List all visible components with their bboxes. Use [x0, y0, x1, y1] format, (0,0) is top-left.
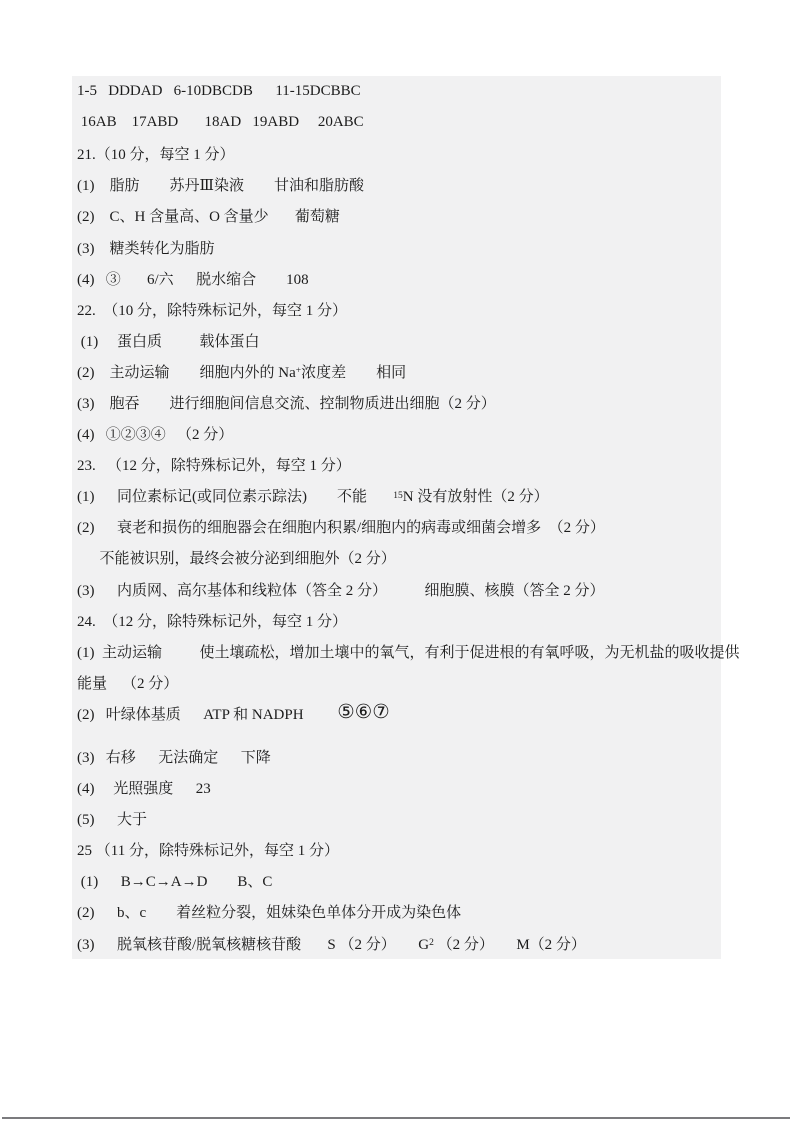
- text-segment: (3) 右移 无法确定 下降: [77, 746, 271, 767]
- answer-line: 1-5 DDDAD 6-10DBCDB 11-15DCBBC: [77, 76, 721, 107]
- text-segment: 25 （11 分，除特殊标记外，每空 1 分）: [77, 839, 339, 860]
- text-segment: 不能被识别，最终会被分泌到细胞外（2 分）: [77, 547, 396, 568]
- text-segment: (1) B→C→A→D B、C: [77, 870, 272, 891]
- text-segment: (2) b、c 着丝粒分裂，姐妹染色单体分开成为染色体: [77, 901, 461, 922]
- answer-line: (3) 右移 无法确定 下降: [77, 741, 721, 772]
- text-segment: 24. （12 分，除特殊标记外，每空 1 分）: [77, 610, 347, 631]
- text-segment: (1) 蛋白质 载体蛋白: [77, 330, 260, 351]
- answer-line: (1) 蛋白质 载体蛋白: [77, 325, 721, 356]
- answer-sheet: 1-5 DDDAD 6-10DBCDB 11-15DCBBC 16AB 17AB…: [72, 76, 721, 959]
- text-segment: 21.（10 分，每空 1 分）: [77, 143, 235, 164]
- text-segment: N 没有放射性（2 分）: [403, 485, 549, 506]
- answer-line: (4) 光照强度 23: [77, 772, 721, 803]
- answer-line: (1) B→C→A→D B、C: [77, 865, 721, 896]
- answer-line: 22. （10 分，除特殊标记外，每空 1 分）: [77, 294, 721, 325]
- text-segment: (3) 胞吞 进行细胞间信息交流、控制物质进出细胞（2 分）: [77, 392, 496, 413]
- answer-line: (2) 衰老和损伤的细胞器会在细胞内积累/细胞内的病毒或细菌会增多 （2 分）: [77, 511, 721, 542]
- text-segment: (1) 同位素标记(或同位素示踪法) 不能: [77, 485, 393, 506]
- answer-line: (1) 脂肪 苏丹Ⅲ染液 甘油和脂肪酸: [77, 169, 721, 200]
- answer-line: (1) 同位素标记(或同位素示踪法) 不能 15N 没有放射性（2 分）: [77, 480, 721, 511]
- answer-line: 不能被识别，最终会被分泌到细胞外（2 分）: [77, 542, 721, 573]
- answer-line: (4) ①②③④ （2 分）: [77, 418, 721, 449]
- text-segment: (1) 主动运输 使土壤疏松，增加土壤中的氧气，有利于促进根的有氧呼吸，为无机盐…: [77, 641, 740, 662]
- answer-line: 16AB 17ABD 18AD 19ABD 20ABC: [77, 107, 721, 138]
- text-segment: (2) C、H 含量高、O 含量少 葡萄糖: [77, 205, 340, 226]
- answer-line: (3) 内质网、高尔基体和线粒体（答全 2 分） 细胞膜、核膜（答全 2 分）: [77, 574, 721, 605]
- answer-line: 24. （12 分，除特殊标记外，每空 1 分）: [77, 605, 721, 636]
- text-segment: (1) 脂肪 苏丹Ⅲ染液 甘油和脂肪酸: [77, 174, 364, 195]
- answer-line: (2) C、H 含量高、O 含量少 葡萄糖: [77, 200, 721, 231]
- text-segment: (3) 糖类转化为脂肪: [77, 237, 215, 258]
- answer-line: 23. （12 分，除特殊标记外，每空 1 分）: [77, 449, 721, 480]
- answer-line: 25 （11 分，除特殊标记外，每空 1 分）: [77, 834, 721, 865]
- page-bottom-rule: [2, 1117, 790, 1119]
- answer-line: (3) 胞吞 进行细胞间信息交流、控制物质进出细胞（2 分）: [77, 387, 721, 418]
- text-segment: 22. （10 分，除特殊标记外，每空 1 分）: [77, 299, 347, 320]
- answer-line: (5) 大于: [77, 803, 721, 834]
- answer-line: (4) ③ 6/六 脱水缩合 108: [77, 263, 721, 294]
- answer-line: 能量 （2 分）: [77, 667, 721, 698]
- text-segment: 能量 （2 分）: [77, 672, 178, 693]
- text-segment: 16AB 17ABD 18AD 19ABD 20ABC: [77, 114, 364, 131]
- text-segment: (2) 主动运输 细胞内外的 Na: [77, 361, 296, 382]
- text-segment: (3) 内质网、高尔基体和线粒体（答全 2 分） 细胞膜、核膜（答全 2 分）: [77, 579, 605, 600]
- answer-line: (3) 糖类转化为脂肪: [77, 231, 721, 262]
- answer-line: (2) 叶绿体基质 ATP 和 NADPH ⑤⑥⑦: [77, 698, 721, 729]
- answer-line: (2) 主动运输 细胞内外的 Na+浓度差 相同: [77, 356, 721, 387]
- text-segment: 1-5 DDDAD 6-10DBCDB 11-15DCBBC: [77, 83, 361, 100]
- answer-line: (2) b、c 着丝粒分裂，姐妹染色单体分开成为染色体: [77, 896, 721, 927]
- answer-line: 21.（10 分，每空 1 分）: [77, 138, 721, 169]
- text-segment: (4) ①②③④ （2 分）: [77, 423, 233, 444]
- text-segment: 浓度差 相同: [301, 361, 406, 382]
- text-segment: (4) 光照强度 23: [77, 777, 211, 798]
- text-segment: (2) 衰老和损伤的细胞器会在细胞内积累/细胞内的病毒或细菌会增多 （2 分）: [77, 516, 605, 537]
- answer-line: (3) 脱氧核苷酸/脱氧核糖核苷酸 S （2 分） G2 （2 分） M（2 分…: [77, 928, 721, 959]
- text-segment: (2) 叶绿体基质 ATP 和 NADPH: [77, 703, 337, 724]
- answer-line: (1) 主动运输 使土壤疏松，增加土壤中的氧气，有利于促进根的有氧呼吸，为无机盐…: [77, 636, 721, 667]
- text-segment: 23. （12 分，除特殊标记外，每空 1 分）: [77, 454, 351, 475]
- text-segment: (3) 脱氧核苷酸/脱氧核糖核苷酸 S （2 分） G: [77, 933, 429, 954]
- text-segment: (5) 大于: [77, 808, 147, 829]
- text-segment: (4) ③ 6/六 脱水缩合 108: [77, 268, 309, 289]
- text-segment: （2 分） M（2 分）: [434, 933, 586, 954]
